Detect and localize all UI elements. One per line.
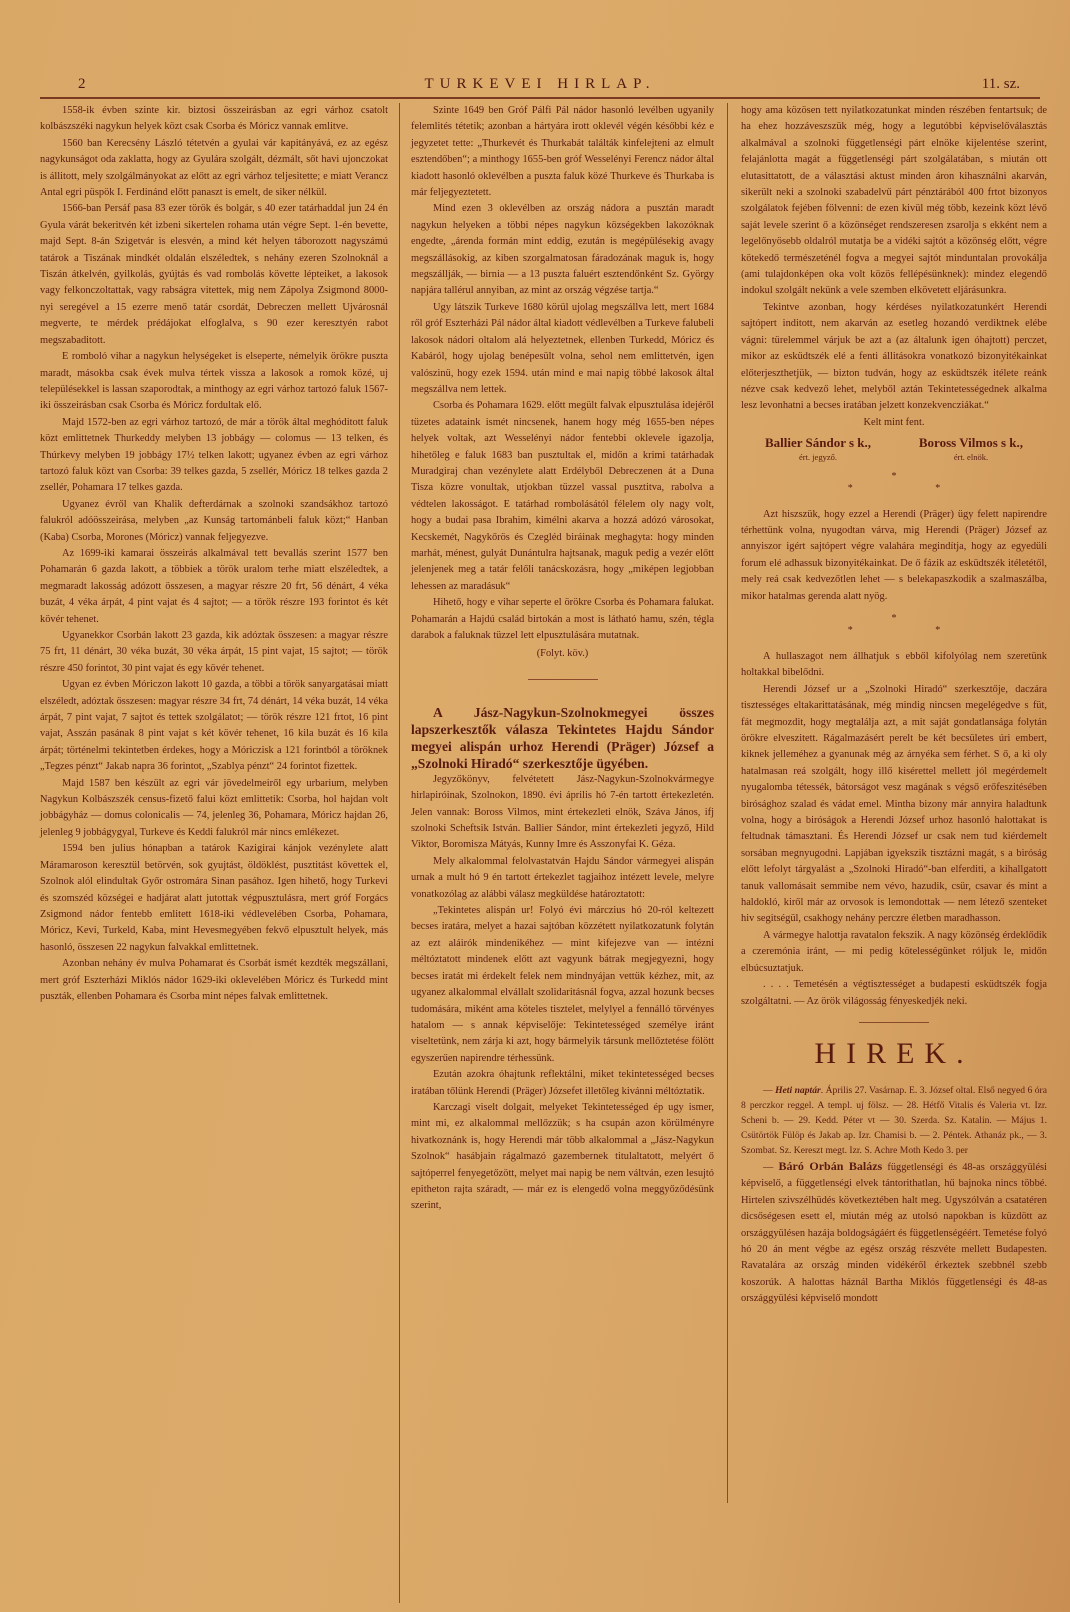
paragraph: Ugyanekkor Csorbán lakott 23 gazda, kik …: [40, 628, 388, 677]
calendar-label: Heti naptár: [775, 1085, 821, 1096]
paragraph: Azt hiszszük, hogy ezzel a Herendi (Präg…: [741, 507, 1047, 605]
obituary-name: Báró Orbán Balázs: [779, 1159, 883, 1173]
paragraph: 1558-ik évben szinte kir. biztosi összei…: [40, 103, 388, 136]
signatures: Ballier Sándor s k., ért. jegyző. Boross…: [741, 435, 1047, 462]
column-divider: [727, 103, 728, 1503]
dateline: Kelt mint fent.: [741, 415, 1047, 431]
newspaper-page: 2 TURKEVEI HIRLAP. 11. sz. 1558-ik évben…: [0, 0, 1070, 1612]
obituary: — Báró Orbán Balázs függetlenségi és 48-…: [741, 1158, 1047, 1308]
paragraph: Herendi József ur a „Szolnoki Hiradó“ sz…: [741, 682, 1047, 928]
article-headline: A Jász-Nagykun-Szolnokmegyei összes laps…: [411, 704, 714, 772]
column-divider: [399, 103, 400, 1603]
paragraph: A hullaszagot nem állhatjuk s ebből kifo…: [741, 649, 1047, 682]
paragraph: Jegyzőkönyv, felvétetett Jász-Nagykun-Sz…: [411, 772, 714, 854]
news-section-title: HIREK.: [741, 1037, 1047, 1071]
signature-role: ért. elnök.: [919, 452, 1023, 463]
paragraph: Karczagi viselt dolgait, melyeket Tekint…: [411, 1100, 714, 1215]
star-icon: * *: [741, 483, 1047, 495]
weekly-calendar: — Heti naptár. Április 27. Vasárnap. E. …: [741, 1083, 1047, 1158]
paragraph: Mely alkalommal felolvastatván Hajdu Sán…: [411, 854, 714, 903]
paragraph: Ugy látszik Turkeve 1680 körül ujolag me…: [411, 300, 714, 398]
paragraph: Szinte 1649 ben Gróf Pálfi Pál nádor has…: [411, 103, 714, 201]
paragraph: hogy ama közösen tett nyilatkozatunkat m…: [741, 103, 1047, 300]
signature-name: Ballier Sándor s k.,: [765, 435, 871, 451]
signature: Ballier Sándor s k., ért. jegyző.: [765, 435, 871, 462]
newspaper-title: TURKEVEI HIRLAP.: [60, 76, 1020, 93]
paragraph: 1594 ben julius hónapban a tatárok Kazig…: [40, 841, 388, 956]
star-icon: *: [741, 613, 1047, 625]
paragraph: Ezután azokra óhajtunk reflektálni, mike…: [411, 1067, 714, 1100]
column-3: hogy ama közösen tett nyilatkozatunkat m…: [741, 103, 1047, 1308]
star-icon: * *: [741, 625, 1047, 637]
paragraph: Mind ezen 3 oklevélben az ország nádora …: [411, 201, 714, 299]
column-2: Szinte 1649 ben Gróf Pálfi Pál nádor has…: [411, 103, 714, 1215]
paragraph: Ugyan ez évben Móriczon lakott 10 gazda,…: [40, 677, 388, 775]
paragraph: 1566-ban Persáf pasa 83 ezer török és bo…: [40, 201, 388, 349]
paragraph: Az 1699-iki kamarai összeirás alkalmával…: [40, 546, 388, 628]
paragraph: Majd 1587 ben készült az egri vár jövede…: [40, 776, 388, 842]
asterism-divider: * * *: [741, 613, 1047, 637]
section-divider: [859, 1022, 929, 1023]
paragraph: . . . . Temetésén a végtisztességet a bu…: [741, 977, 1047, 1010]
header-rule: [40, 97, 1040, 99]
paragraph: Azonban nehány év mulva Pohamarat és Cso…: [40, 956, 388, 1005]
column-1: 1558-ik évben szinte kir. biztosi összei…: [40, 103, 388, 1005]
paragraph: Tekintve azonban, hogy kérdéses nyilatko…: [741, 300, 1047, 415]
paragraph: 1560 ban Kerecsény László tétetvén a gyu…: [40, 136, 388, 202]
signature: Boross Vilmos s k., ért. elnök.: [919, 435, 1023, 462]
article-divider: [528, 679, 598, 680]
paragraph: Csorba és Pohamara 1629. előtt megült fa…: [411, 398, 714, 595]
paragraph: E romboló vihar a nagykun helységeket is…: [40, 349, 388, 415]
obituary-text: függetlenségi és 48-as országgyülési kép…: [741, 1162, 1047, 1304]
paragraph: „Tekintetes alispán ur! Folyó évi márczi…: [411, 903, 714, 1067]
continued-note: (Folyt. köv.): [411, 646, 714, 662]
asterism-divider: * * *: [741, 471, 1047, 495]
paragraph: Hihető, hogy e vihar seperte el örökre C…: [411, 595, 714, 644]
paragraph: A vármegye halottja ravatalon fekszik. A…: [741, 928, 1047, 977]
paragraph: Ugyanez évről van Khalik defterdárnak a …: [40, 497, 388, 546]
star-icon: *: [741, 471, 1047, 483]
signature-role: ért. jegyző.: [765, 452, 871, 463]
paragraph: Majd 1572-ben az egri várhoz tartozó, de…: [40, 415, 388, 497]
signature-name: Boross Vilmos s k.,: [919, 435, 1023, 451]
issue-number: 11. sz.: [982, 76, 1020, 93]
